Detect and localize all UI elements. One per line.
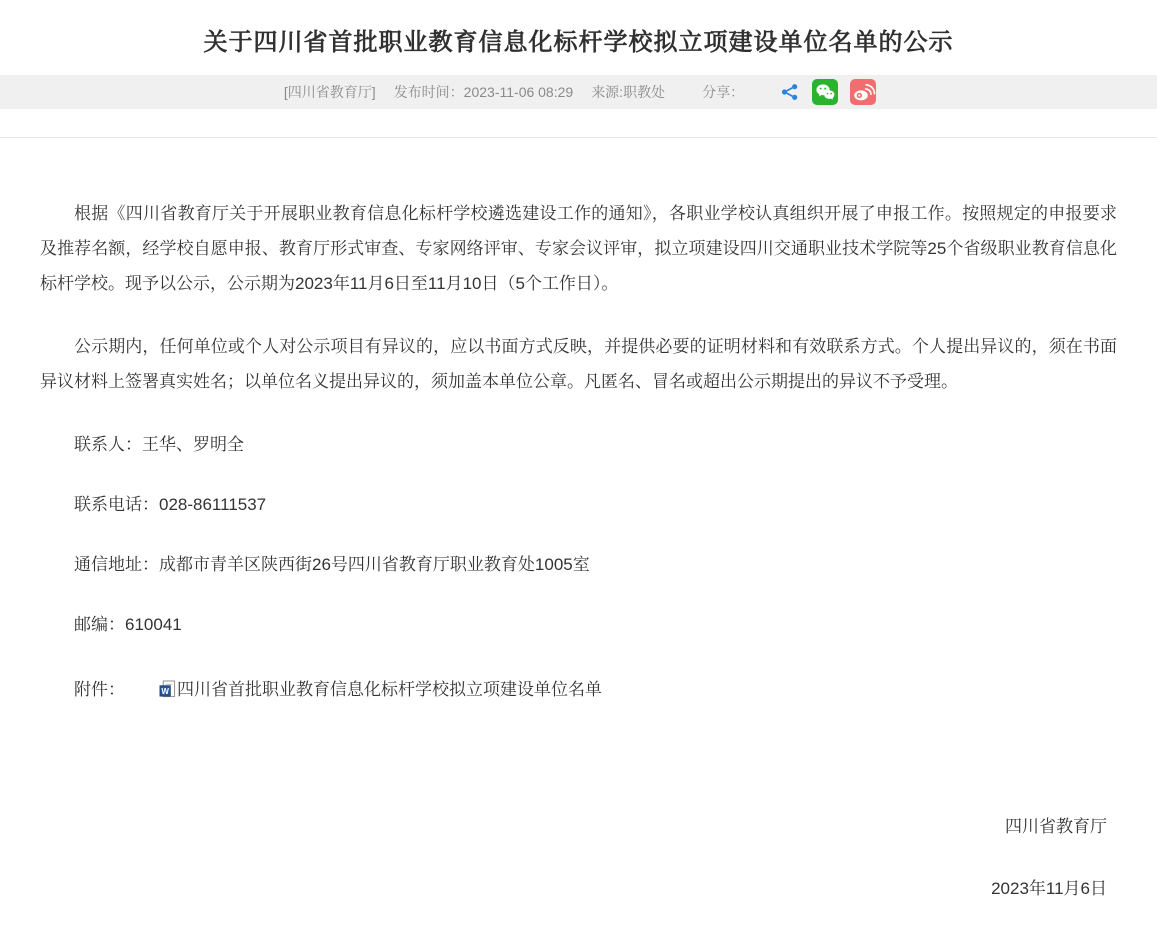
- weibo-icon[interactable]: [850, 79, 876, 105]
- mail-address-line: 通信地址：成都市青羊区陕西街26号四川省教育厅职业教育处1005室: [40, 547, 1117, 582]
- origin-dept: 来源:职教处: [591, 82, 665, 102]
- announcement-page: 关于四川省首批职业教育信息化标杆学校拟立项建设单位名单的公示 [四川省教育厅] …: [0, 0, 1157, 931]
- word-doc-icon[interactable]: W: [125, 680, 176, 699]
- attachment-label: 附件：: [74, 680, 125, 699]
- attachment-line: 附件： W 四川省首批职业教育信息化标杆学校拟立项建设单位名单: [40, 672, 1117, 707]
- share-label: 分享：: [702, 82, 744, 102]
- attachment-link[interactable]: 四川省首批职业教育信息化标杆学校拟立项建设单位名单: [177, 680, 602, 699]
- svg-text:W: W: [161, 687, 169, 696]
- contact-phone-line: 联系电话：028-86111537: [40, 487, 1117, 522]
- signature-date: 2023年11月6日: [40, 871, 1107, 906]
- wechat-icon[interactable]: [812, 79, 838, 105]
- share-node-icon[interactable]: [780, 82, 800, 102]
- meta-bar: [四川省教育厅] 发布时间：2023-11-06 08:29 来源:职教处 分享…: [0, 75, 1157, 109]
- paragraph-objection: 公示期内，任何单位或个人对公示项目有异议的，应以书面方式反映，并提供必要的证明材…: [40, 329, 1117, 399]
- publish-time: 发布时间：2023-11-06 08:29: [394, 82, 574, 102]
- postal-code-line: 邮编：610041: [40, 607, 1117, 642]
- source-agency: [四川省教育厅]: [284, 82, 376, 102]
- page-header: 关于四川省首批职业教育信息化标杆学校拟立项建设单位名单的公示: [0, 0, 1157, 75]
- page-title: 关于四川省首批职业教育信息化标杆学校拟立项建设单位名单的公示: [60, 22, 1097, 57]
- signature-block: 四川省教育厅 2023年11月6日: [40, 809, 1117, 906]
- contact-person-line: 联系人：王华、罗明全: [40, 427, 1117, 462]
- paragraph-intro: 根据《四川省教育厅关于开展职业教育信息化标杆学校遴选建设工作的通知》，各职业学校…: [40, 196, 1117, 301]
- signature-org: 四川省教育厅: [40, 809, 1107, 844]
- article-body: 根据《四川省教育厅关于开展职业教育信息化标杆学校遴选建设工作的通知》，各职业学校…: [0, 138, 1157, 924]
